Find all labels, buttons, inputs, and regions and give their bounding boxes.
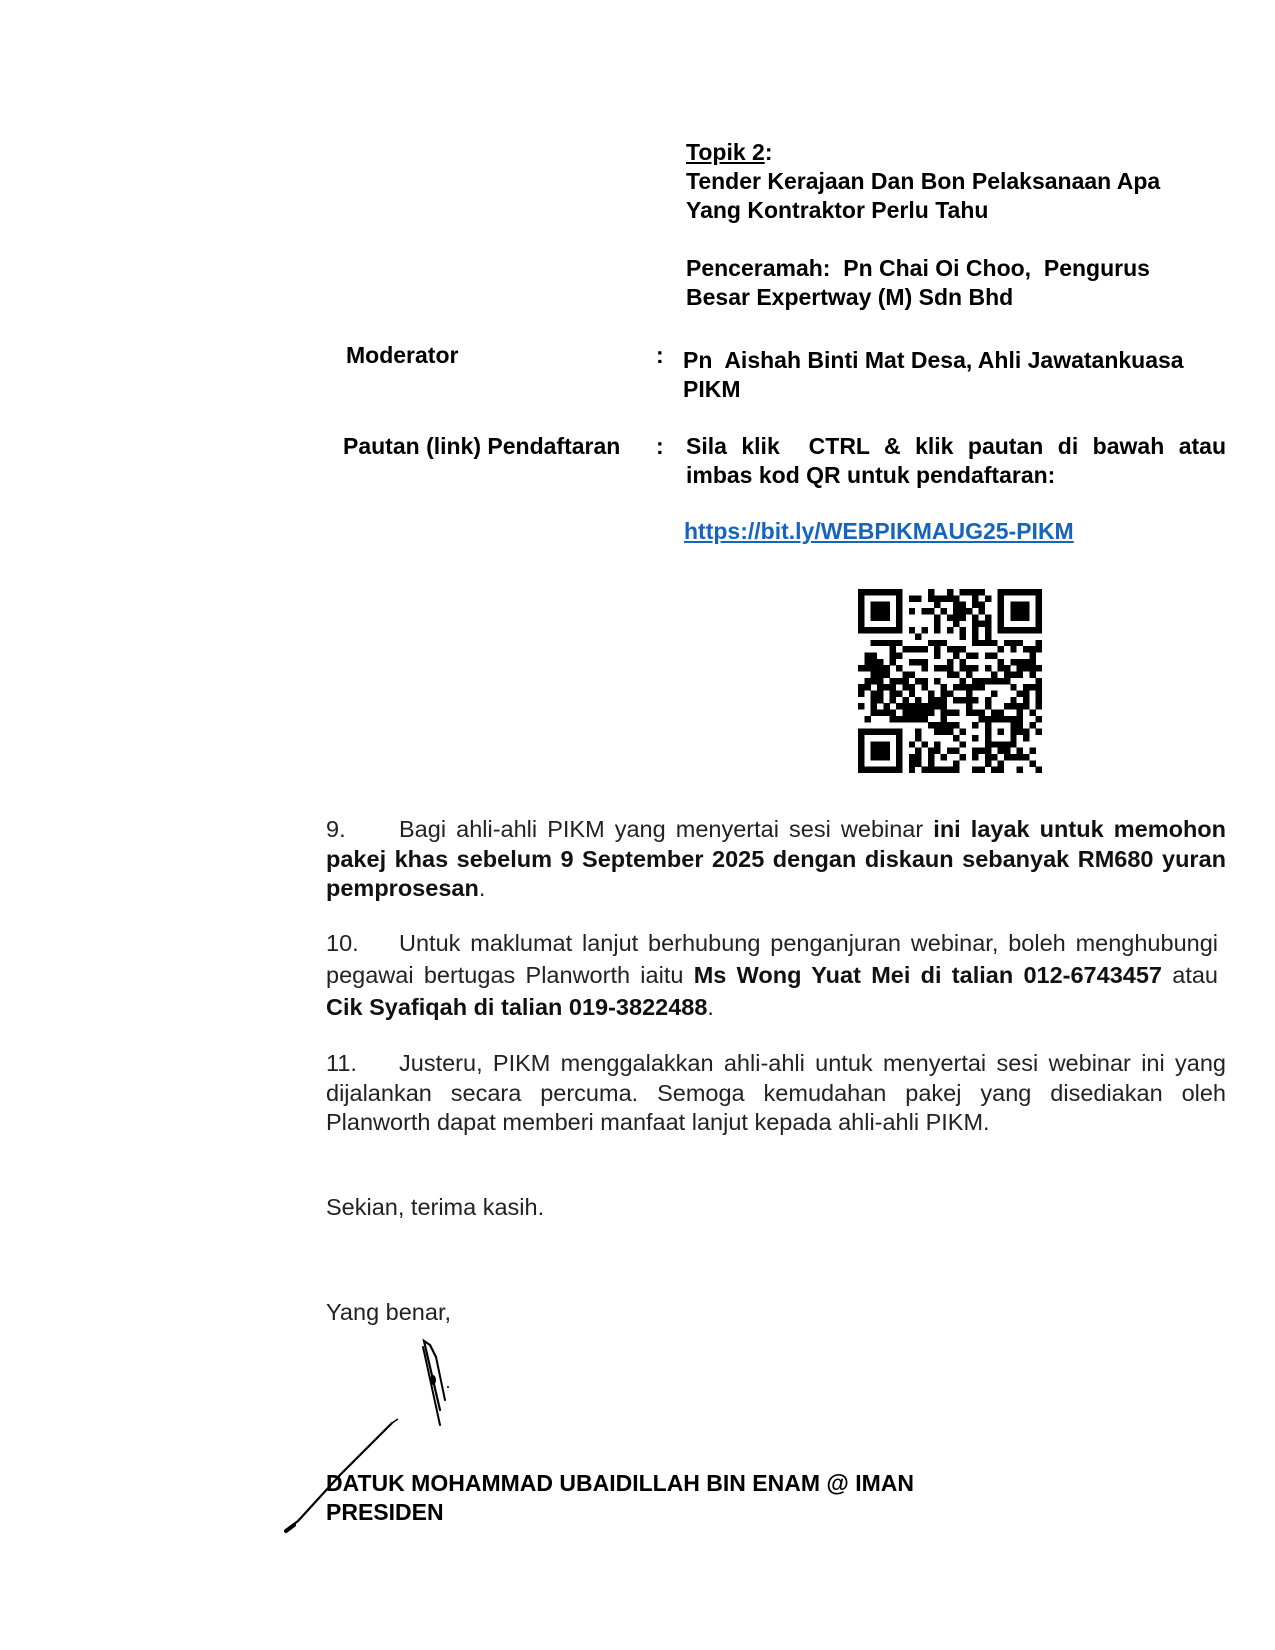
bold-text: Ms Wong Yuat Mei di talian 012-6743457 xyxy=(694,962,1162,988)
paragraph-body: Untuk maklumat lanjut berhubung penganju… xyxy=(326,930,1218,1020)
paragraph-9: 9.Bagi ahli-ahli PIKM yang menyertai ses… xyxy=(326,815,1226,904)
topic-label: Topik 2 xyxy=(686,139,765,165)
text: Bagi ahli-ahli PIKM yang menyertai sesi … xyxy=(399,816,933,842)
qr-code-icon[interactable] xyxy=(858,589,1042,773)
bold-text: Cik Syafiqah di talian 019-3822488 xyxy=(326,994,707,1020)
registration-value-line1: Sila klik CTRL & klik pautan di bawah at… xyxy=(686,432,1226,461)
signatory-block: DATUK MOHAMMAD UBAIDILLAH BIN ENAM @ IMA… xyxy=(326,1469,914,1527)
paragraph-11: 11.Justeru, PIKM menggalakkan ahli-ahli … xyxy=(326,1049,1226,1138)
closing-sign-off: Yang benar, xyxy=(326,1298,451,1328)
paragraph-body: Justeru, PIKM menggalakkan ahli-ahli unt… xyxy=(326,1050,1226,1135)
closing-thanks: Sekian, terima kasih. xyxy=(326,1193,544,1223)
registration-colon: : xyxy=(656,432,664,461)
registration-value: Sila klik CTRL & klik pautan di bawah at… xyxy=(686,432,1226,490)
paragraph-number: 10. xyxy=(326,927,399,959)
topic-label-line: Topik 2: xyxy=(686,138,1226,167)
moderator-value-line2: PIKM xyxy=(683,375,1228,404)
signatory-title: PRESIDEN xyxy=(326,1498,914,1527)
text: atau xyxy=(1162,962,1218,988)
paragraph-body: Bagi ahli-ahli PIKM yang menyertai sesi … xyxy=(326,816,1226,901)
registration-value-line2: imbas kod QR untuk pendaftaran: xyxy=(686,461,1226,490)
topic-title-line2: Yang Kontraktor Perlu Tahu xyxy=(686,196,1226,225)
text: Justeru, PIKM menggalakkan ahli-ahli unt… xyxy=(326,1050,1226,1135)
moderator-label: Moderator xyxy=(346,341,458,370)
topic-block: Topik 2: Tender Kerajaan Dan Bon Pelaksa… xyxy=(686,138,1226,312)
paragraph-number: 11. xyxy=(326,1049,399,1079)
registration-label: Pautan (link) Pendaftaran xyxy=(343,432,620,461)
paragraph-number: 9. xyxy=(326,815,399,845)
moderator-value: Pn Aishah Binti Mat Desa, Ahli Jawatanku… xyxy=(683,346,1228,404)
topic-label-suffix: : xyxy=(765,139,773,165)
paragraph-10: 10.Untuk maklumat lanjut berhubung penga… xyxy=(326,927,1218,1023)
topic-title-line1: Tender Kerajaan Dan Bon Pelaksanaan Apa xyxy=(686,167,1226,196)
speaker-line1: Penceramah: Pn Chai Oi Choo, Pengurus xyxy=(686,254,1226,283)
text: . xyxy=(479,875,486,901)
moderator-value-line1: Pn Aishah Binti Mat Desa, Ahli Jawatanku… xyxy=(683,346,1228,375)
signatory-name: DATUK MOHAMMAD UBAIDILLAH BIN ENAM @ IMA… xyxy=(326,1469,914,1498)
moderator-colon: : xyxy=(656,341,664,370)
registration-link[interactable]: https://bit.ly/WEBPIKMAUG25-PIKM xyxy=(684,518,1074,545)
text: . xyxy=(707,994,714,1020)
speaker-line2: Besar Expertway (M) Sdn Bhd xyxy=(686,283,1226,312)
